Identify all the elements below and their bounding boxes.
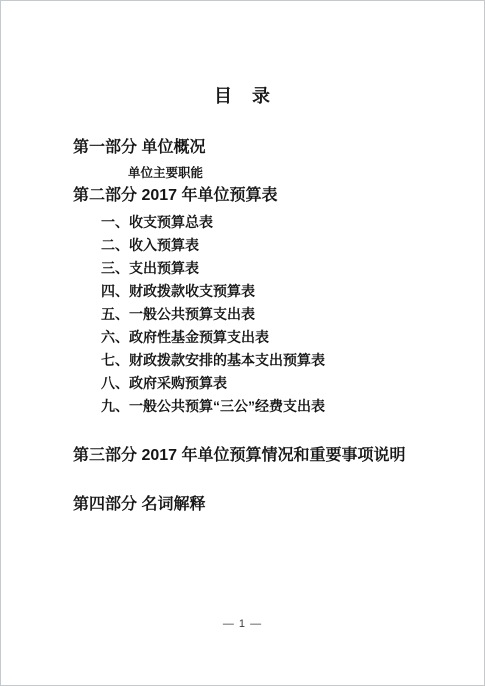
document-page: 目 录 第一部分 单位概况 单位主要职能 第二部分 2017 年单位预算表 一、… bbox=[0, 0, 485, 686]
table-of-contents: 第一部分 单位概况 单位主要职能 第二部分 2017 年单位预算表 一、收支预算… bbox=[73, 137, 484, 516]
toc-item-6: 六、政府性基金预算支出表 bbox=[101, 326, 484, 349]
toc-item-5: 五、一般公共预算支出表 bbox=[101, 303, 484, 326]
toc-item-7: 七、财政拨款安排的基本支出预算表 bbox=[101, 349, 484, 372]
toc-item-4: 四、财政拨款收支预算表 bbox=[101, 280, 484, 303]
page-number: — 1 — bbox=[1, 618, 484, 630]
toc-section-4-heading: 第四部分 名词解释 bbox=[73, 494, 484, 516]
toc-section-1-subitem: 单位主要职能 bbox=[128, 163, 484, 183]
toc-item-1: 一、收支预算总表 bbox=[101, 211, 484, 234]
toc-item-8: 八、政府采购预算表 bbox=[101, 372, 484, 395]
toc-section-1-heading: 第一部分 单位概况 bbox=[73, 137, 484, 159]
page-title: 目 录 bbox=[1, 85, 484, 107]
toc-item-2: 二、收入预算表 bbox=[101, 234, 484, 257]
toc-item-9: 九、一般公共预算“三公”经费支出表 bbox=[101, 395, 484, 418]
toc-section-3-heading: 第三部分 2017 年单位预算情况和重要事项说明 bbox=[73, 445, 484, 467]
toc-section-2-heading: 第二部分 2017 年单位预算表 bbox=[73, 185, 484, 207]
toc-item-list: 一、收支预算总表 二、收入预算表 三、支出预算表 四、财政拨款收支预算表 五、一… bbox=[73, 211, 484, 418]
toc-item-3: 三、支出预算表 bbox=[101, 257, 484, 280]
